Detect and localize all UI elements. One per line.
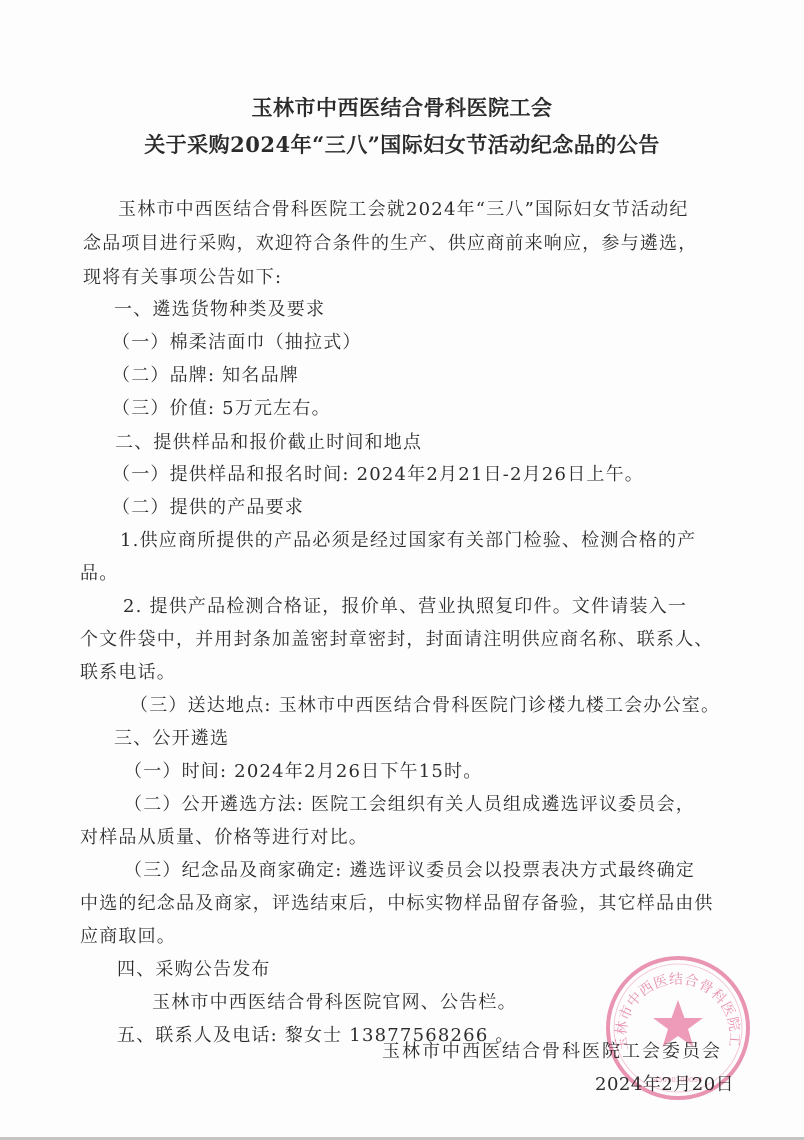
section-2-requirement-2-line-3: 联系电话。 [80,661,176,685]
section-2-requirement-2-line-1: 2. 提供产品检测合格证，报价单、营业执照复印件。文件请装入一 [123,595,687,619]
section-2-item-1: （一）提供样品和报名时间: 2024年2月21日-2月26日上午。 [112,463,644,487]
intro-line-1: 玉林市中西医结合骨科医院工会就2024年“三八”国际妇女节活动纪 [118,198,689,222]
section-1-item-2: （二）品牌: 知名品牌 [112,364,299,388]
document-page: 玉林市中西医结合骨科医院工会 关于采购2024年“三八”国际妇女节活动纪念品的公… [0,0,804,1140]
document-title-organization: 玉林市中西医结合骨科医院工会 [0,92,804,122]
section-4-heading: 四、采购公告发布 [117,958,271,982]
section-2-requirement-2-line-2: 个文件袋中，并用封条加盖密封章密封，封面请注明供应商名称、联系人、 [80,628,714,652]
section-4-content: 玉林市中西医结合骨科医院官网、公告栏。 [152,991,517,1015]
svg-text:玉林市中西医结合骨科医院工会委员会: 玉林市中西医结合骨科医院工会委员会 [604,954,742,1052]
section-2-requirement-1-line-1: 1.供应商所提供的产品必须是经过国家有关部门检验、检测合格的产 [120,529,696,553]
document-title-subject: 关于采购2024年“三八”国际妇女节活动纪念品的公告 [0,129,804,159]
section-2-item-2: （二）提供的产品要求 [112,496,304,520]
section-2-requirement-1-line-2: 品。 [80,562,118,586]
section-2-item-3: （三）送达地点: 玉林市中西医结合骨科医院门诊楼九楼工会办公室。 [130,694,720,718]
signature-organization: 玉林市中西医结合骨科医院工会委员会 [382,1040,722,1064]
signature-date: 2024年2月20日 [595,1073,734,1097]
section-3-item-1: （一）时间: 2024年2月26日下午15时。 [124,760,482,784]
seal-text: 玉林市中西医结合骨科医院工会委员会 [604,954,742,1052]
section-3-item-2-line-2: 对样品从质量、价格等进行对比。 [80,826,368,850]
intro-line-3: 现将有关事项公告如下: [83,266,282,290]
section-3-item-2-line-1: （二）公开遴选方法: 医院工会组织有关人员组成遴选评议委员会， [124,793,695,817]
section-3-item-3-line-1: （三）纪念品及商家确定: 遴选评议委员会以投票表决方式最终确定 [124,859,695,883]
section-3-heading: 三、公开遴选 [114,727,229,751]
section-3-item-3-line-2: 中选的纪念品及商家，评选结束后，中标实物样品留存备验，其它样品由供 [80,892,714,916]
section-2-heading: 二、提供样品和报价截止时间和地点 [115,431,422,455]
intro-line-2: 念品项目进行采购，欢迎符合条件的生产、供应商前来响应，参与遴选， [83,232,697,256]
section-1-item-1: （一）棉柔洁面巾（抽拉式） [112,331,362,355]
section-3-item-3-line-3: 应商取回。 [80,925,176,949]
section-1-item-3: （三）价值: 5万元左右。 [112,397,331,421]
section-1-heading: 一、遴选货物种类及要求 [114,298,325,322]
